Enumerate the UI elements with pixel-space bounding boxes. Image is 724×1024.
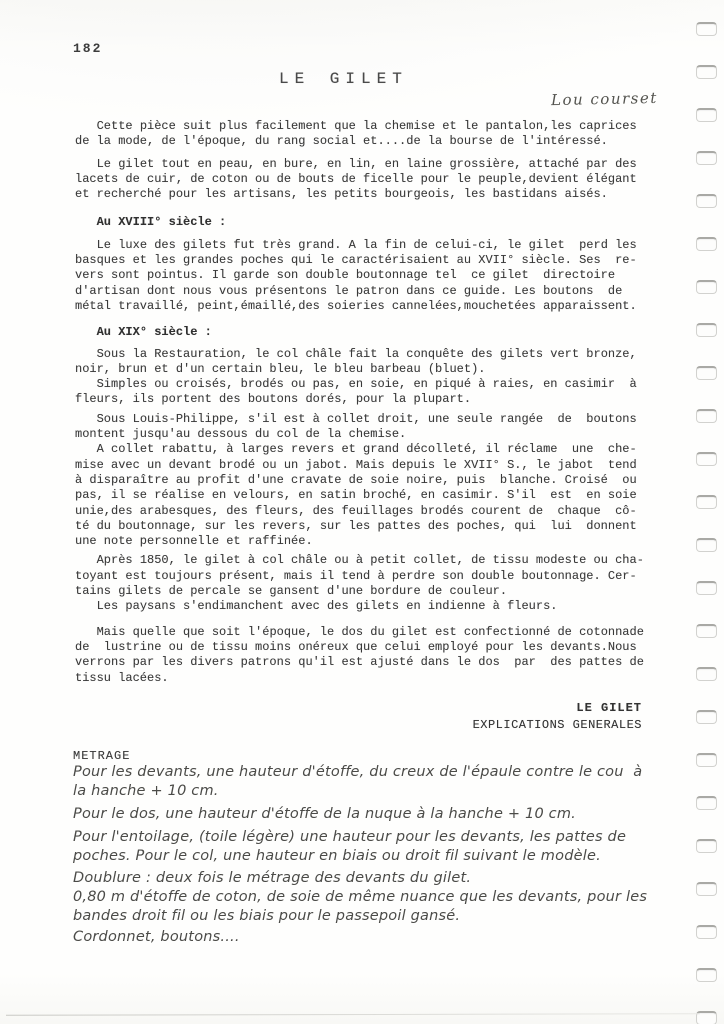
binding-hole: [696, 839, 717, 853]
binding-hole: [696, 796, 717, 810]
paragraph-restauration: Sous la Restauration, le col châle fait …: [75, 347, 667, 408]
author-signature: Lou courset: [551, 89, 658, 109]
scanned-document-page: 182 LE GILET Lou courset Cette pièce sui…: [0, 0, 724, 1024]
binding-hole: [696, 624, 717, 638]
binding-hole: [696, 495, 717, 509]
binding-hole: [696, 409, 717, 423]
binding-hole: [696, 753, 717, 767]
binding-hole: [696, 151, 717, 165]
metrage-item-devants: Pour les devants, une hauteur d'étoffe, …: [73, 763, 673, 801]
explications-title: LE GILET: [473, 700, 642, 717]
metrage-item-etoffe: 0,80 m d'étoffe de coton, de soie de mêm…: [73, 888, 673, 926]
section-heading-19th-century: Au XIX° siècle :: [75, 325, 667, 340]
binding-hole: [696, 710, 717, 724]
page-number: 182: [73, 41, 102, 56]
binding-hole: [696, 194, 717, 208]
paragraph-louis-philippe: Sous Louis-Philippe, s'il est à collet d…: [75, 412, 667, 550]
binding-hole: [696, 452, 717, 466]
paragraph-18th-century: Le luxe des gilets fut très grand. A la …: [75, 238, 667, 314]
metrage-item-entoilage: Pour l'entoilage, (toile légère) une hau…: [73, 828, 673, 866]
binding-hole: [696, 280, 717, 294]
article-title: LE GILET: [279, 70, 408, 88]
paragraph-apres-1850: Après 1850, le gilet à col châle ou à pe…: [75, 553, 667, 614]
binding-hole: [696, 925, 717, 939]
binding-hole: [696, 968, 717, 982]
paragraph-dos-du-gilet: Mais quelle que soit l'époque, le dos du…: [75, 625, 667, 686]
binding-hole: [696, 65, 717, 79]
binding-hole: [696, 108, 717, 122]
binding-hole: [696, 882, 717, 896]
binding-holes-column: [684, 0, 724, 1024]
article-body: Cette pièce suit plus facilement que la …: [75, 119, 667, 686]
paragraph-intro-2: Le gilet tout en peau, en bure, en lin, …: [75, 157, 667, 203]
binding-hole: [696, 323, 717, 337]
binding-hole: [696, 538, 717, 552]
metrage-handwritten-list: Pour les devants, une hauteur d'étoffe, …: [73, 763, 673, 947]
binding-hole: [696, 667, 717, 681]
paragraph-intro-1: Cette pièce suit plus facilement que la …: [75, 119, 667, 150]
page-bottom-edge: [6, 1013, 700, 1015]
explications-subtitle: EXPLICATIONS GENERALES: [473, 717, 642, 734]
explications-header: LE GILET EXPLICATIONS GENERALES: [473, 700, 642, 734]
binding-hole: [696, 366, 717, 380]
metrage-heading: METRAGE: [73, 749, 130, 763]
binding-hole: [696, 237, 717, 251]
binding-hole: [696, 22, 717, 36]
section-heading-18th-century: Au XVIII° siècle :: [75, 215, 667, 230]
metrage-item-cordonnet: Cordonnet, boutons....: [73, 928, 673, 947]
binding-hole: [696, 581, 717, 595]
metrage-item-doublure: Doublure : deux fois le métrage des deva…: [73, 869, 673, 888]
metrage-item-dos: Pour le dos, une hauteur d'étoffe de la …: [73, 805, 673, 824]
